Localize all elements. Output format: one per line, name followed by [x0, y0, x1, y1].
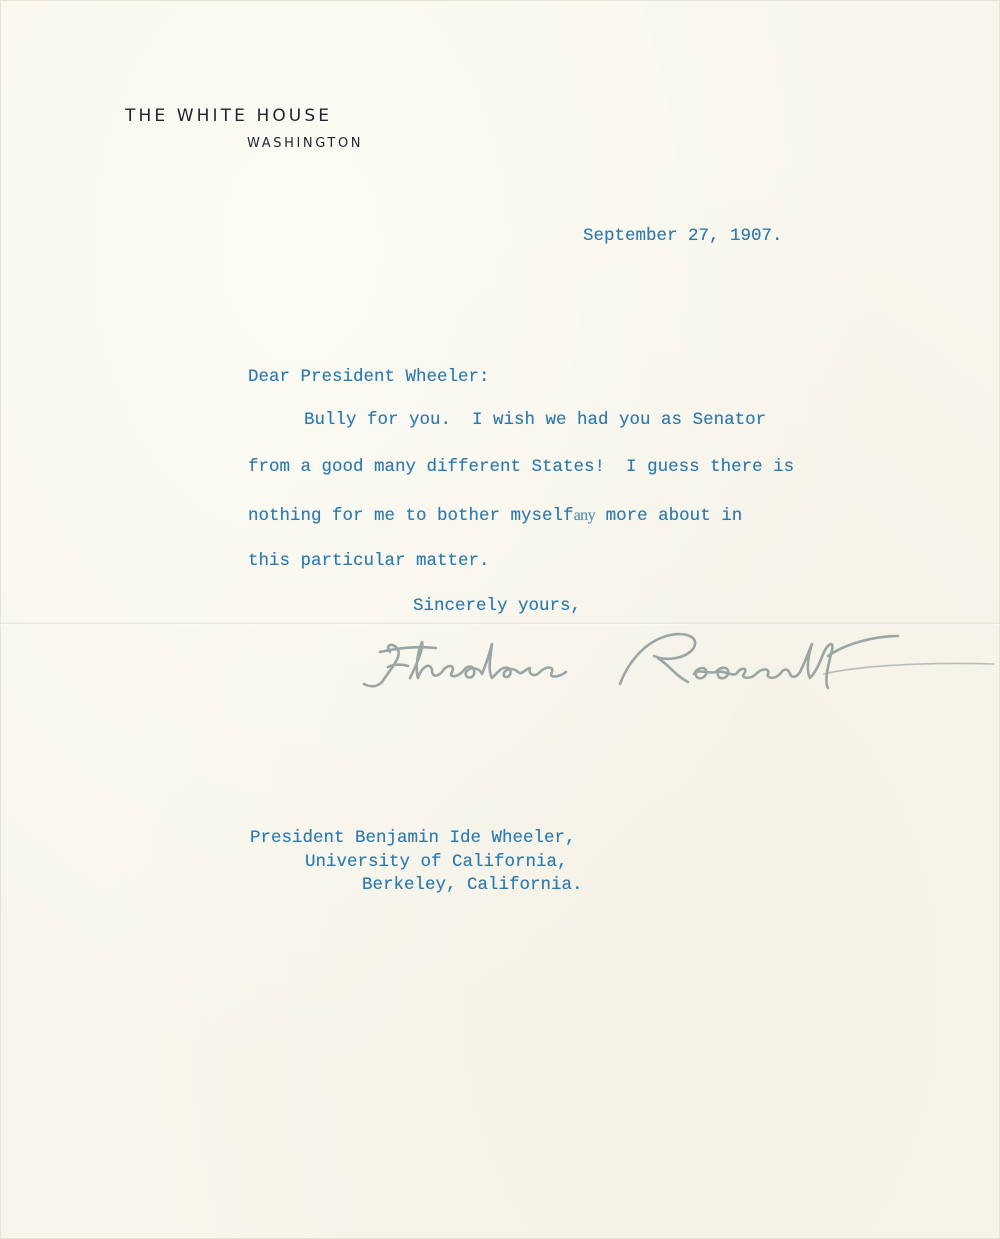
closing: Sincerely yours,	[413, 596, 581, 616]
letter-date: September 27, 1907.	[583, 226, 783, 246]
body-line: nothing for me to bother myselfany more …	[248, 506, 742, 526]
letterhead-location: WASHINGTON	[247, 136, 363, 151]
letterhead-title: THE WHITE HOUSE	[125, 106, 332, 126]
body-line-text: nothing for me to bother myself	[248, 506, 574, 526]
salutation: Dear President Wheeler:	[248, 367, 490, 387]
recipient-address-line: Berkeley, California.	[362, 875, 583, 895]
recipient-address-line: President Benjamin Ide Wheeler,	[250, 828, 576, 848]
body-line: from a good many different States! I gue…	[248, 457, 794, 477]
body-line-tail: more about in	[595, 506, 742, 526]
body-line: Bully for you. I wish we had you as Sena…	[304, 410, 766, 430]
body-line: this particular matter.	[248, 551, 490, 571]
recipient-address-line: University of California,	[305, 852, 568, 872]
inserted-word: any	[574, 507, 596, 524]
letter-page: THE WHITE HOUSE WASHINGTON September 27,…	[0, 0, 1000, 1239]
handwritten-signature: Theodore Roosevelt	[358, 622, 998, 702]
signature-icon	[358, 622, 998, 702]
